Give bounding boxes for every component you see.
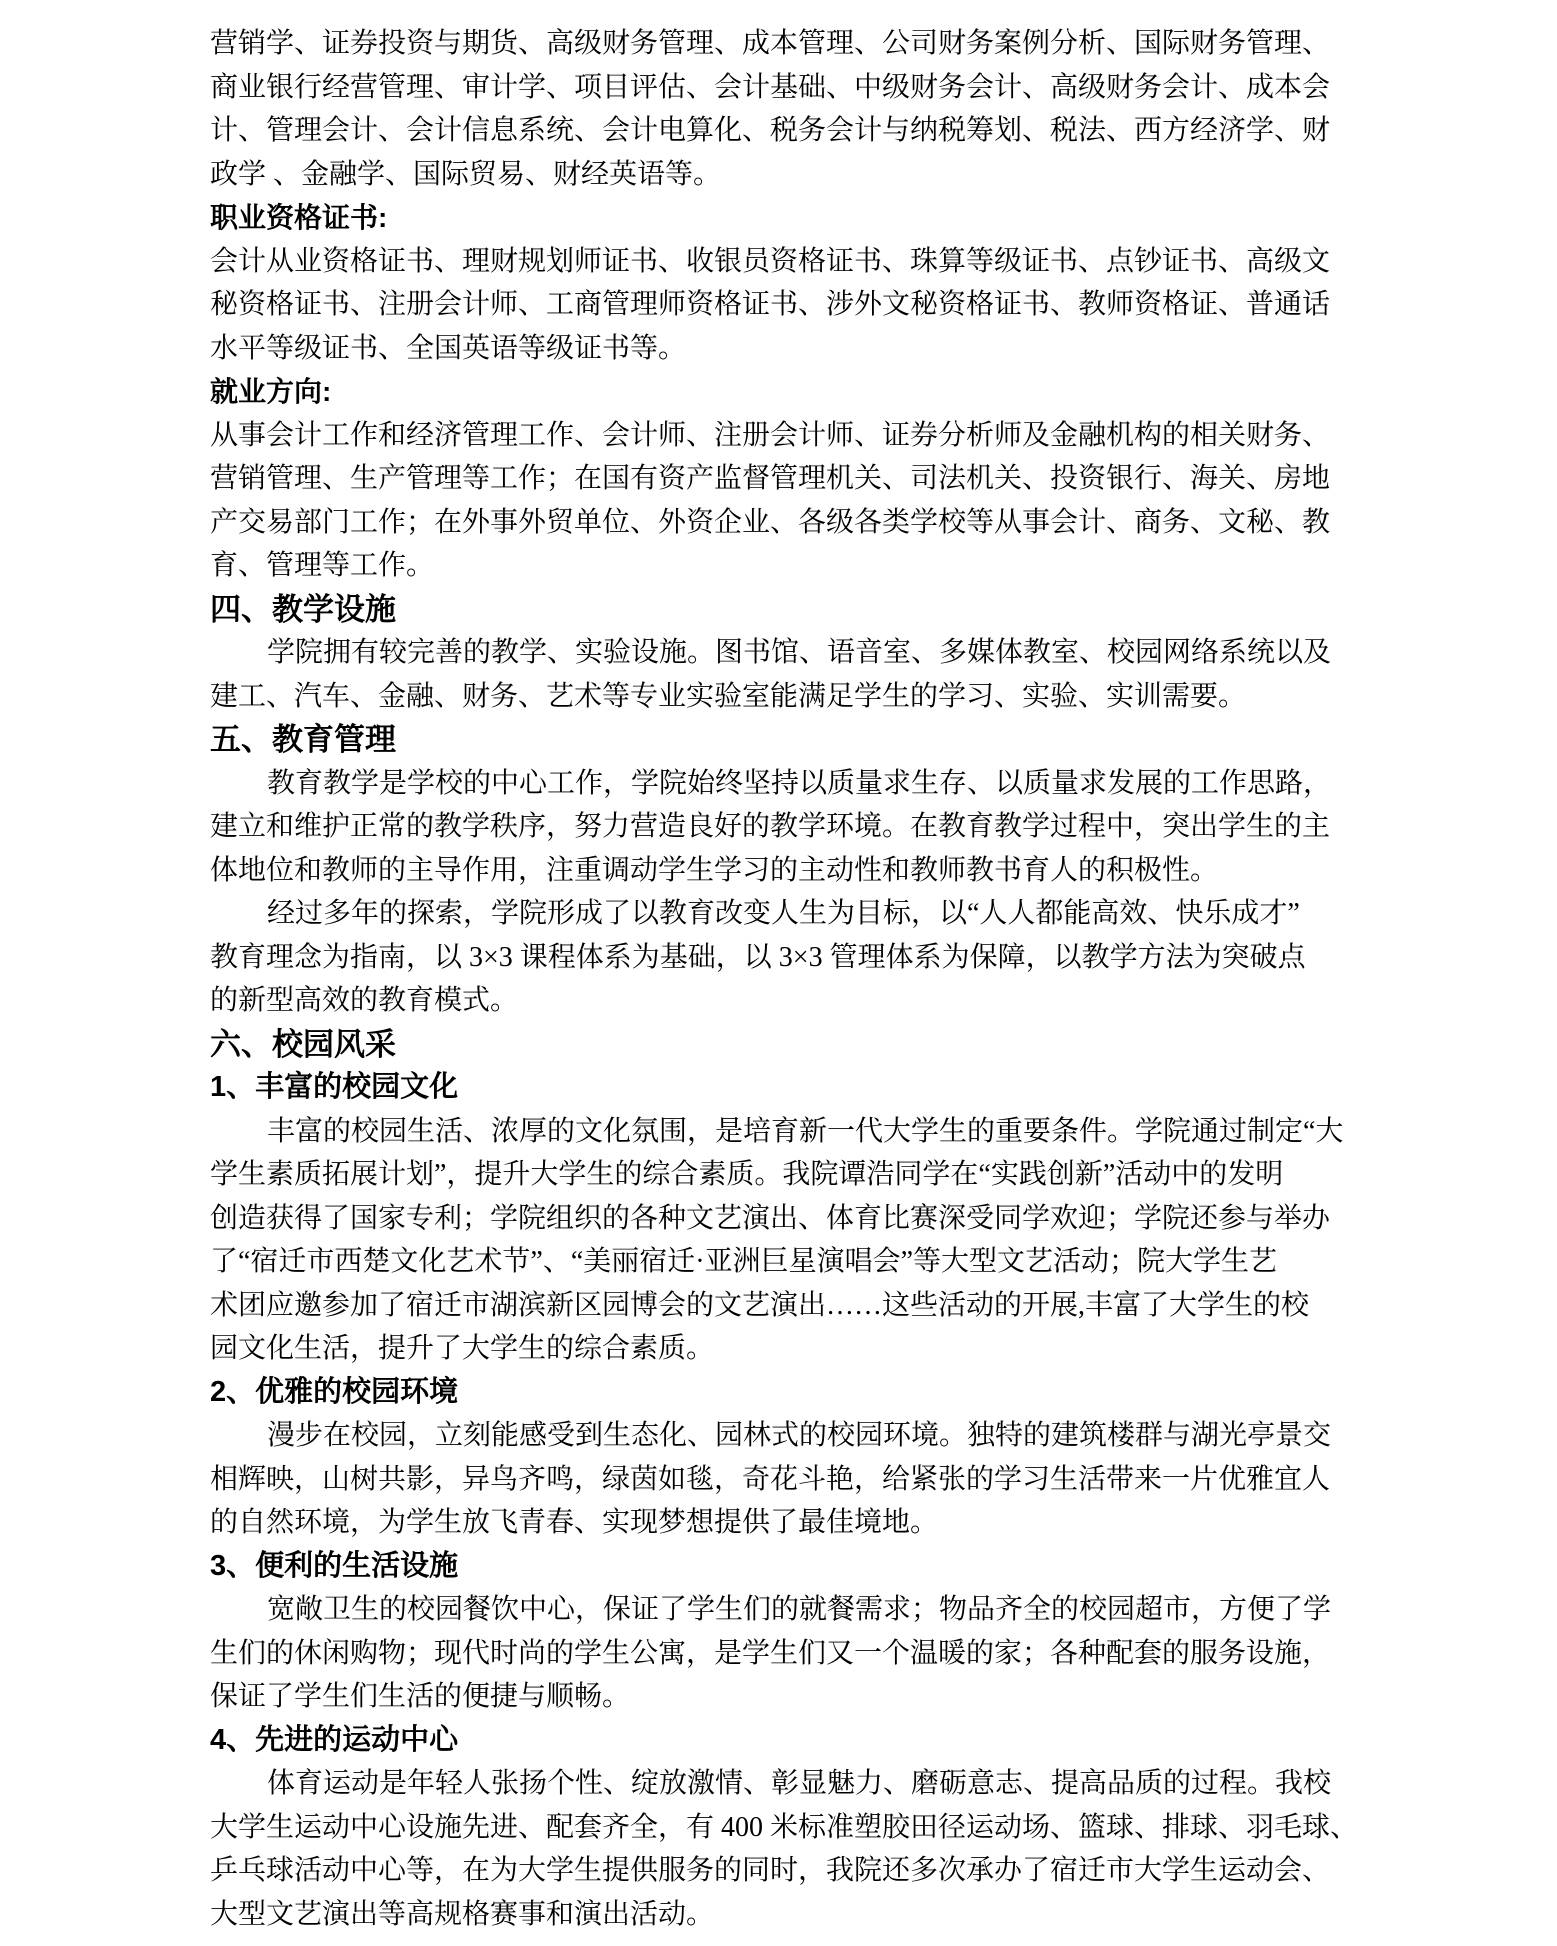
text-line: 的新型高效的教育模式。 bbox=[210, 979, 1557, 1023]
text-line: 了“宿迁市西楚文化艺术节”、“美丽宿迁·亚洲巨星演唱会”等大型文艺活动；院大学生… bbox=[210, 1240, 1557, 1284]
text-line: 大型文艺演出等高规格赛事和演出活动。 bbox=[210, 1893, 1557, 1937]
text-line: 营销管理、生产管理等工作；在国有资产监督管理机关、司法机关、投资银行、海关、房地 bbox=[210, 457, 1557, 501]
sub-heading: 4、先进的运动中心 bbox=[210, 1719, 1557, 1763]
text-line: 建工、汽车、金融、财务、艺术等专业实验室能满足学生的学习、实验、实训需要。 bbox=[210, 675, 1557, 719]
text-line: 保证了学生们生活的便捷与顺畅。 bbox=[210, 1675, 1557, 1719]
text-line: 园文化生活，提升了大学生的综合素质。 bbox=[210, 1327, 1557, 1371]
sub-heading: 3、便利的生活设施 bbox=[210, 1545, 1557, 1589]
text-line: 计、管理会计、会计信息系统、会计电算化、税务会计与纳税筹划、税法、西方经济学、财 bbox=[210, 109, 1557, 153]
text-line: 商业银行经营管理、审计学、项目评估、会计基础、中级财务会计、高级财务会计、成本会 bbox=[210, 66, 1557, 110]
text-line: 政学 、金融学、国际贸易、财经英语等。 bbox=[210, 153, 1557, 197]
field-heading: 就业方向: bbox=[210, 370, 1557, 414]
section-heading: 六、校园风采 bbox=[210, 1023, 1557, 1067]
text-line: 丰富的校园生活、浓厚的文化氛围，是培育新一代大学生的重要条件。学院通过制定“大 bbox=[210, 1110, 1557, 1154]
text-line: 创造获得了国家专利；学院组织的各种文艺演出、体育比赛深受同学欢迎；学院还参与举办 bbox=[210, 1197, 1557, 1241]
text-line: 漫步在校园，立刻能感受到生态化、园林式的校园环境。独特的建筑楼群与湖光亭景交 bbox=[210, 1414, 1557, 1458]
sub-heading: 1、丰富的校园文化 bbox=[210, 1066, 1557, 1110]
sub-heading: 2、优雅的校园环境 bbox=[210, 1371, 1557, 1415]
section-heading: 四、教学设施 bbox=[210, 588, 1557, 632]
text-line: 水平等级证书、全国英语等级证书等。 bbox=[210, 327, 1557, 371]
text-line: 营销学、证券投资与期货、高级财务管理、成本管理、公司财务案例分析、国际财务管理、 bbox=[210, 22, 1557, 66]
text-line: 学生素质拓展计划”，提升大学生的综合素质。我院谭浩同学在“实践创新”活动中的发明 bbox=[210, 1153, 1557, 1197]
text-line: 秘资格证书、注册会计师、工商管理师资格证书、涉外文秘资格证书、教师资格证、普通话 bbox=[210, 283, 1557, 327]
section-heading: 五、教育管理 bbox=[210, 718, 1557, 762]
text-line: 的自然环境，为学生放飞青春、实现梦想提供了最佳境地。 bbox=[210, 1501, 1557, 1545]
text-line: 乒乓球活动中心等，在为大学生提供服务的同时，我院还多次承办了宿迁市大学生运动会、 bbox=[210, 1849, 1557, 1893]
field-heading: 职业资格证书: bbox=[210, 196, 1557, 240]
text-line: 术团应邀参加了宿迁市湖滨新区园博会的文艺演出……这些活动的开展,丰富了大学生的校 bbox=[210, 1284, 1557, 1328]
text-line: 教育理念为指南，以 3×3 课程体系为基础，以 3×3 管理体系为保障，以教学方… bbox=[210, 936, 1557, 980]
text-line: 宽敞卫生的校园餐饮中心，保证了学生们的就餐需求；物品齐全的校园超市，方便了学 bbox=[210, 1588, 1557, 1632]
text-line: 产交易部门工作；在外事外贸单位、外资企业、各级各类学校等从事会计、商务、文秘、教 bbox=[210, 501, 1557, 545]
text-line: 育、管理等工作。 bbox=[210, 544, 1557, 588]
text-line: 大学生运动中心设施先进、配套齐全，有 400 米标准塑胶田径运动场、篮球、排球、… bbox=[210, 1806, 1557, 1850]
text-line: 学院拥有较完善的教学、实验设施。图书馆、语音室、多媒体教室、校园网络系统以及 bbox=[210, 631, 1557, 675]
page-content: 营销学、证券投资与期货、高级财务管理、成本管理、公司财务案例分析、国际财务管理、… bbox=[0, 0, 1557, 1936]
text-line: 教育教学是学校的中心工作，学院始终坚持以质量求生存、以质量求发展的工作思路， bbox=[210, 762, 1557, 806]
text-line: 会计从业资格证书、理财规划师证书、收银员资格证书、珠算等级证书、点钞证书、高级文 bbox=[210, 240, 1557, 284]
text-line: 体地位和教师的主导作用，注重调动学生学习的主动性和教师教书育人的积极性。 bbox=[210, 849, 1557, 893]
text-line: 体育运动是年轻人张扬个性、绽放激情、彰显魅力、磨砺意志、提高品质的过程。我校 bbox=[210, 1762, 1557, 1806]
document-page: 营销学、证券投资与期货、高级财务管理、成本管理、公司财务案例分析、国际财务管理、… bbox=[0, 0, 1557, 1946]
text-line: 经过多年的探索，学院形成了以教育改变人生为目标，以“人人都能高效、快乐成才” bbox=[210, 892, 1557, 936]
text-line: 从事会计工作和经济管理工作、会计师、注册会计师、证券分析师及金融机构的相关财务、 bbox=[210, 414, 1557, 458]
text-line: 相辉映，山树共影，异鸟齐鸣，绿茵如毯，奇花斗艳，给紧张的学习生活带来一片优雅宜人 bbox=[210, 1458, 1557, 1502]
text-line: 建立和维护正常的教学秩序，努力营造良好的教学环境。在教育教学过程中，突出学生的主 bbox=[210, 805, 1557, 849]
text-line: 生们的休闲购物；现代时尚的学生公寓，是学生们又一个温暖的家；各种配套的服务设施， bbox=[210, 1632, 1557, 1676]
